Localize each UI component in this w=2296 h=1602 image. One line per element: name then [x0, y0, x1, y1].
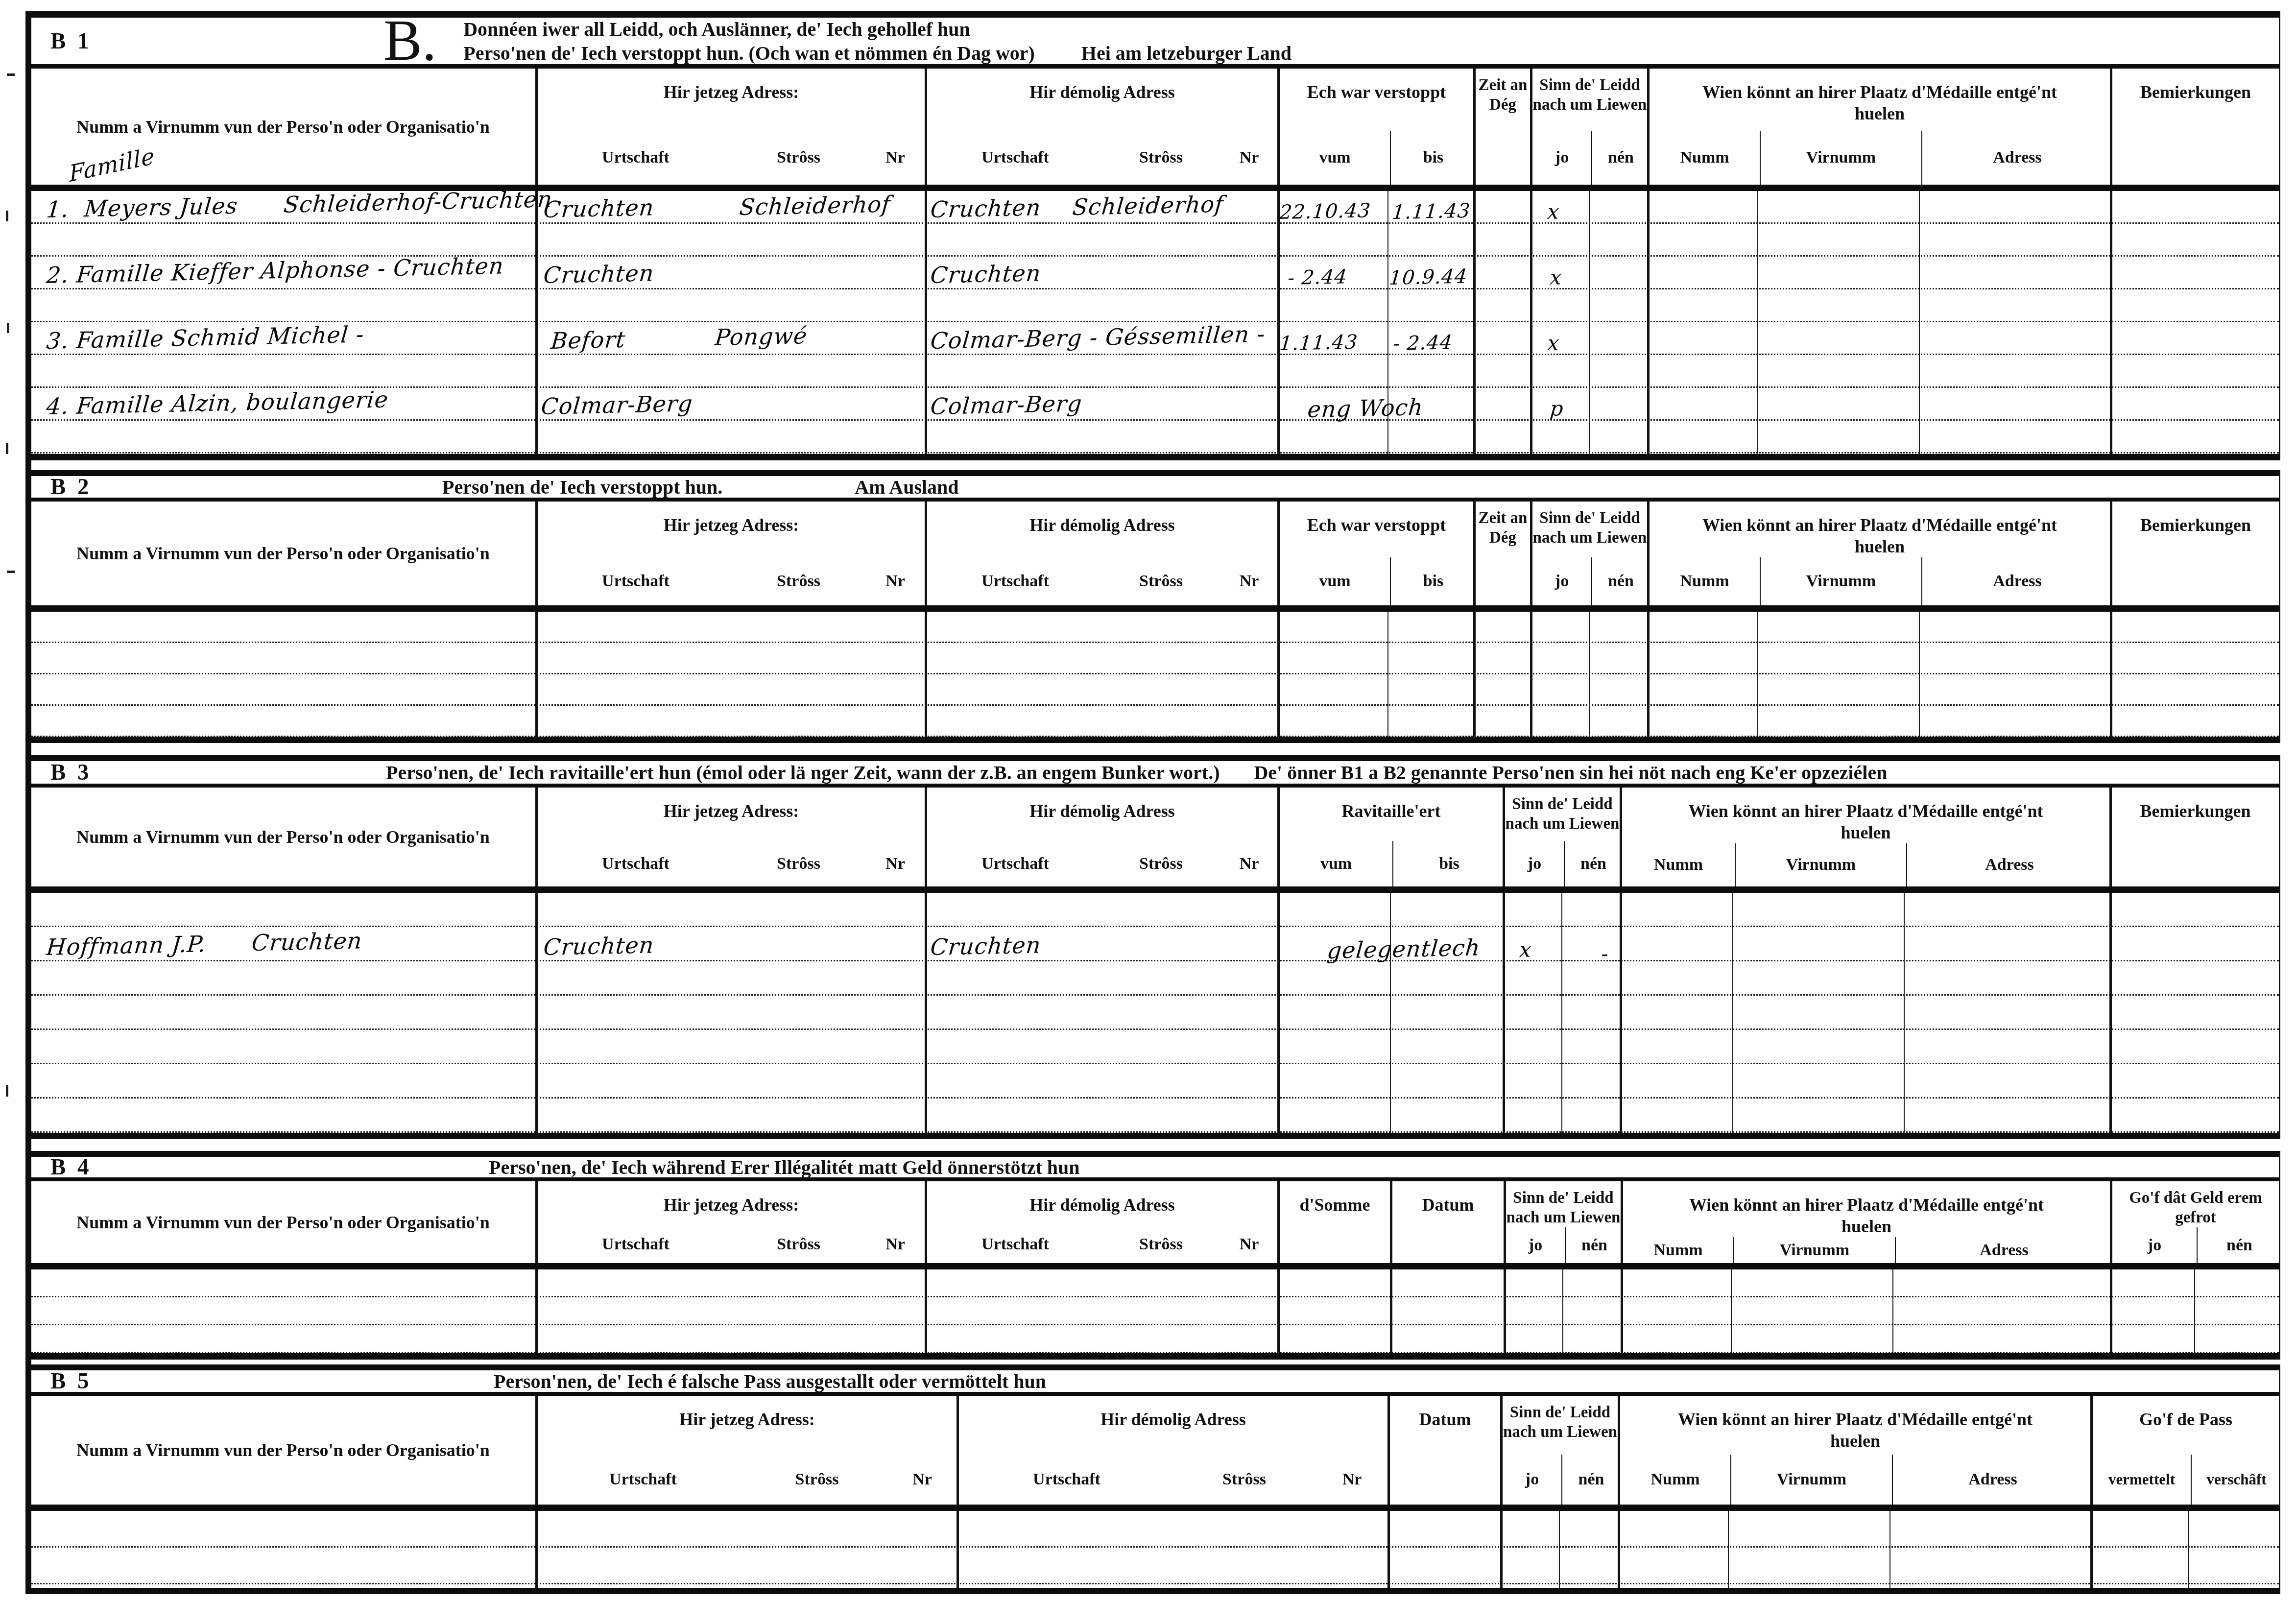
section-b3-rows: Hoffmann J.P. Cruchten Cruchten Cruchten…: [31, 893, 2279, 1139]
entry-jo-mark: x: [1547, 201, 1560, 222]
urtschaft-label: Urtschaft: [538, 1225, 734, 1263]
nen-label: nén: [1565, 1227, 1623, 1263]
scanned-form-page: B 1 B. Donnéen iwer all Leidd, och Auslä…: [0, 0, 2296, 1602]
gof-pass-label: Go'f de Pass: [2093, 1396, 2279, 1430]
section-b5-title: Person'nen, de' Iech é falsche Pass ausg…: [494, 1370, 1046, 1393]
section-b5: B 5 Person'nen, de' Iech é falsche Pass …: [31, 1364, 2280, 1594]
entry-jo-mark: p: [1549, 398, 1564, 419]
adress-label: Adress: [1921, 557, 2112, 605]
vermettelt-label: vermettelt: [2093, 1455, 2191, 1505]
wien-label: Wien könnt an hirer Plaatz d'Médaille en…: [1622, 788, 2109, 843]
col-former-address-header: Hir démolig Adress Urtschaft Strôss Nr: [925, 1181, 1277, 1263]
title-line2-country: Hei am letzeburger Land: [1081, 42, 1291, 64]
numm-label: Numm: [1623, 1237, 1733, 1263]
col-remarks-header: Bemierkungen: [2109, 788, 2279, 886]
scan-mark: [6, 1085, 8, 1097]
urtschaft-label: Urtschaft: [538, 131, 734, 185]
form-letter-b: B.: [383, 15, 436, 67]
current-address-label: Hir jetzeg Adress:: [538, 1396, 957, 1430]
section-b2-title: Perso'nen de' Iech verstoppt hun.: [442, 476, 722, 499]
nr-label: Nr: [1219, 557, 1280, 605]
section-b1: B 1 B. Donnéen iwer all Leidd, och Auslä…: [31, 11, 2280, 460]
section-b4-title: Perso'nen, de' Iech während Erer Illégal…: [489, 1156, 1080, 1179]
section-b3-title2: De' önner B1 a B2 genannte Perso'nen sin…: [1254, 761, 1887, 784]
section-b3: B 3 Perso'nen, de' Iech ravitaille'ert h…: [31, 755, 2280, 1139]
col-medal-header: Wien könnt an hirer Plaatz d'Médaille en…: [1647, 502, 2110, 605]
nr-label: Nr: [863, 841, 927, 886]
col-name-label: Numm a Virnumm vun der Perso'n oder Orga…: [31, 543, 535, 564]
col-current-address-header: Hir jetzeg Adress: Urtschaft Strôss Nr: [535, 1396, 957, 1505]
section-b3-column-headers: Numm a Virnumm vun der Perso'n oder Orga…: [31, 788, 2279, 893]
nen-label: nén: [2197, 1227, 2281, 1263]
entry-former-urtschaft: Colmar-Berg: [930, 392, 1083, 418]
stross-label: Strôss: [1103, 131, 1219, 185]
section-b2-rows: [31, 612, 2279, 743]
col-name-label: Numm a Virnumm vun der Perso'n oder Orga…: [31, 1439, 535, 1461]
stross-label: Strôss: [1174, 1455, 1314, 1505]
col-former-address-header: Hir démolig Adress Urtschaft Strôss Nr: [925, 69, 1277, 185]
section-b5-code: B 5: [31, 1368, 383, 1394]
entry-bis: 10.9.44: [1388, 267, 1468, 288]
gof-geld-label: Go'f dât Geld erem gefrot: [2112, 1181, 2279, 1227]
col-current-address-header: Hir jetzeg Adress: Urtschaft Strôss Nr: [535, 502, 925, 605]
nen-label: nén: [1591, 557, 1650, 605]
urtschaft-label: Urtschaft: [927, 1225, 1103, 1263]
entry-vum: 22.10.43: [1279, 201, 1371, 222]
section-b2: B 2 Perso'nen de' Iech verstoppt hun. Am…: [31, 470, 2280, 743]
numm-label: Numm: [1650, 131, 1760, 185]
stross-label: Strôss: [734, 841, 863, 886]
col-alive-header: Sinn de' Leidd nach um Liewen jo nén: [1530, 69, 1647, 185]
verstoppt-label: Ech war verstoppt: [1280, 69, 1473, 103]
jo-label: jo: [2112, 1227, 2197, 1263]
entry-name: 4. Famille Alzin, boulangerie: [46, 388, 389, 418]
col-name-label: Numm a Virnumm vun der Perso'n oder Orga…: [31, 1212, 535, 1233]
entry-former-urtschaft: Cruchten: [930, 262, 1042, 287]
col-alive-header: Sinn de' Leidd nach um Liewen jo nén: [1530, 502, 1647, 605]
nr-label: Nr: [1219, 131, 1280, 185]
col-alive-header: Sinn de' Leidd nach um Liewen jo nén: [1503, 788, 1620, 886]
adress-label: Adress: [1906, 843, 2112, 886]
entry-former-urtschaft: Colmar-Berg - Géssemillen -: [930, 323, 1266, 352]
col-hidden-period-header: Ech war verstoppt vum bis: [1277, 69, 1473, 185]
section-b5-titlebar: B 5 Person'nen, de' Iech é falsche Pass …: [31, 1364, 2279, 1396]
col-money-returned-header: Go'f dât Geld erem gefrot jo nén: [2110, 1181, 2279, 1263]
section-b2-column-headers: Numm a Virnumm vun der Perso'n oder Orga…: [31, 502, 2279, 612]
urtschaft-label: Urtschaft: [538, 557, 734, 605]
current-address-label: Hir jetzeg Adress:: [538, 502, 925, 536]
col-zeit-header: Zeit an Dég: [1473, 502, 1530, 605]
vum-label: vum: [1280, 557, 1390, 605]
stross-label: Strôss: [734, 557, 863, 605]
section-b2-titlebar: B 2 Perso'nen de' Iech verstoppt hun. Am…: [31, 470, 2279, 502]
entry-current-urtschaft: Befort: [550, 328, 626, 352]
section-b5-column-headers: Numm a Virnumm vun der Perso'n oder Orga…: [31, 1396, 2279, 1511]
col-medal-header: Wien könnt an hirer Plaatz d'Médaille en…: [1620, 788, 2109, 886]
numm-label: Numm: [1620, 1455, 1730, 1505]
jo-label: jo: [1503, 1455, 1561, 1505]
col-medal-header: Wien könnt an hirer Plaatz d'Médaille en…: [1618, 1396, 2090, 1505]
nr-label: Nr: [885, 1455, 959, 1505]
col-pass-header: Go'f de Pass vermettelt verschâft: [2090, 1396, 2279, 1505]
col-ravitaille-header: Ravitaille'ert vum bis: [1277, 788, 1503, 886]
dsomme-label: d'Somme: [1280, 1181, 1390, 1216]
entry-jo-mark: x: [1549, 267, 1563, 288]
nr-label: Nr: [863, 557, 927, 605]
entry-vum: - 2.44: [1287, 267, 1348, 288]
section-b2-subtitle: Am Ausland: [855, 476, 958, 499]
col-name-header: Numm a Virnumm vun der Perso'n oder Orga…: [31, 502, 535, 605]
former-address-label: Hir démolig Adress: [927, 788, 1277, 822]
entry-former-stross: Schleiderhof: [1072, 192, 1224, 218]
section-b1-title-line2: Perso'nen de' Iech verstoppt hun. (Och w…: [463, 41, 1291, 65]
entry-name: 3. Famille Schmid Michel -: [46, 323, 365, 352]
section-b4-code: B 4: [31, 1154, 383, 1180]
virnumm-label: Virnumm: [1760, 557, 1921, 605]
stross-label: Strôss: [734, 1225, 863, 1263]
vum-label: vum: [1280, 841, 1392, 886]
urtschaft-label: Urtschaft: [538, 841, 734, 886]
entry-vum: 1.11.43: [1279, 333, 1359, 354]
bis-label: bis: [1390, 131, 1476, 185]
col-name-header: Numm a Virnumm vun der Perso'n oder Orga…: [31, 1396, 535, 1505]
sinn-label: Sinn de' Leidd nach um Liewen: [1506, 1181, 1621, 1227]
bemierkungen-label: Bemierkungen: [2112, 69, 2279, 103]
nr-label: Nr: [1219, 1225, 1280, 1263]
section-b4-column-headers: Numm a Virnumm vun der Perso'n oder Orga…: [31, 1181, 2279, 1269]
sinn-label: Sinn de' Leidd nach um Liewen: [1532, 69, 1647, 115]
virnumm-label: Virnumm: [1760, 131, 1921, 185]
wien-label: Wien könnt an hirer Plaatz d'Médaille en…: [1650, 69, 2110, 124]
current-address-label: Hir jetzeg Adress:: [538, 69, 925, 103]
wien-label: Wien könnt an hirer Plaatz d'Médaille en…: [1650, 502, 2110, 557]
sinn-label: Sinn de' Leidd nach um Liewen: [1505, 788, 1620, 834]
entry-current-stross: Pongwé: [714, 324, 808, 349]
jo-label: jo: [1505, 841, 1564, 886]
col-remarks-header: Bemierkungen: [2110, 69, 2279, 185]
verschaft-label: verschâft: [2191, 1455, 2281, 1505]
bis-label: bis: [1392, 841, 1505, 886]
col-former-address-header: Hir démolig Adress Urtschaft Strôss Nr: [925, 502, 1277, 605]
col-name-header: Numm a Virnumm vun der Perso'n oder Orga…: [31, 1181, 535, 1263]
urtschaft-label: Urtschaft: [927, 557, 1103, 605]
jo-label: jo: [1532, 557, 1591, 605]
col-somme-header: d'Somme: [1277, 1181, 1390, 1263]
numm-label: Numm: [1650, 557, 1760, 605]
current-address-label: Hir jetzeg Adress:: [538, 788, 925, 822]
section-b1-code: B 1: [31, 28, 383, 54]
entry-current-urtschaft: Cruchten: [543, 262, 655, 287]
section-b3-titlebar: B 3 Perso'nen, de' Iech ravitaille'ert h…: [31, 755, 2279, 788]
stross-label: Strôss: [1103, 1225, 1219, 1263]
nen-label: nén: [1564, 841, 1622, 886]
virnumm-label: Virnumm: [1730, 1455, 1892, 1505]
datum-label: Datum: [1392, 1181, 1504, 1216]
section-b1-title-line1: Donnéen iwer all Leidd, och Auslänner, d…: [463, 17, 1291, 41]
col-alive-header: Sinn de' Leidd nach um Liewen jo nén: [1504, 1181, 1621, 1263]
title-line2-text: Perso'nen de' Iech verstoppt hun. (Och w…: [463, 42, 1035, 64]
former-address-label: Hir démolig Adress: [927, 502, 1277, 536]
section-b4-rows: [31, 1269, 2279, 1360]
vum-label: vum: [1280, 131, 1390, 185]
col-alive-header: Sinn de' Leidd nach um Liewen jo nén: [1500, 1396, 1618, 1505]
entry-name: Hoffmann J.P. Cruchten: [46, 929, 363, 958]
nr-label: Nr: [863, 1225, 927, 1263]
section-b3-title: Perso'nen, de' Iech ravitaille'ert hun (…: [386, 761, 1220, 784]
section-b4: B 4 Perso'nen, de' Iech während Erer Ill…: [31, 1151, 2280, 1360]
col-current-address-header: Hir jetzeg Adress: Urtschaft Strôss Nr: [535, 788, 925, 886]
section-b1-title: Donnéen iwer all Leidd, och Auslänner, d…: [463, 17, 1291, 65]
entry-former-urtschaft: Cruchten: [930, 933, 1042, 958]
urtschaft-label: Urtschaft: [538, 1455, 748, 1505]
jo-label: jo: [1506, 1227, 1565, 1263]
jo-label: jo: [1532, 131, 1591, 185]
col-remarks-header: Bemierkungen: [2110, 502, 2279, 605]
sinn-label: Sinn de' Leidd nach um Liewen: [1503, 1396, 1618, 1442]
stross-label: Strôss: [748, 1455, 885, 1505]
scan-mark: [7, 73, 15, 76]
col-name-label: Numm a Virnumm vun der Perso'n oder Orga…: [31, 116, 535, 138]
entry-duration: eng Woch: [1307, 396, 1424, 421]
stross-label: Strôss: [1103, 841, 1219, 886]
wien-label: Wien könnt an hirer Plaatz d'Médaille en…: [1623, 1181, 2110, 1237]
entry-ravitailleert: gelegentlech: [1326, 936, 1482, 962]
urtschaft-label: Urtschaft: [927, 131, 1103, 185]
numm-label: Numm: [1622, 843, 1735, 886]
former-address-label: Hir démolig Adress: [927, 1181, 1277, 1216]
section-b1-column-headers: Numm a Virnumm vun der Perso'n oder Orga…: [31, 69, 2279, 191]
scan-mark: [7, 571, 15, 573]
ravitailleert-label: Ravitaille'ert: [1280, 788, 1503, 822]
nr-label: Nr: [1314, 1455, 1390, 1505]
scan-mark: [6, 443, 8, 454]
zeit-label: Zeit an Dég: [1476, 69, 1530, 115]
stross-label: Strôss: [1103, 557, 1219, 605]
entry-bis: 1.11.43: [1391, 201, 1471, 222]
section-b4-titlebar: B 4 Perso'nen, de' Iech während Erer Ill…: [31, 1151, 2279, 1181]
urtschaft-label: Urtschaft: [959, 1455, 1174, 1505]
col-medal-header: Wien könnt an hirer Plaatz d'Médaille en…: [1647, 69, 2110, 185]
verstoppt-label: Ech war verstoppt: [1280, 502, 1473, 536]
former-address-label: Hir démolig Adress: [959, 1396, 1387, 1430]
col-former-address-header: Hir démolig Adress Urtschaft Strôss Nr: [957, 1396, 1387, 1505]
nr-label: Nr: [1219, 841, 1280, 886]
col-zeit-header: Zeit an Dég: [1473, 69, 1530, 185]
virnumm-label: Virnumm: [1733, 1237, 1895, 1263]
section-b1-titlebar: B 1 B. Donnéen iwer all Leidd, och Auslä…: [31, 11, 2279, 69]
entry-jo-mark: x: [1519, 939, 1532, 960]
bis-label: bis: [1390, 557, 1476, 605]
section-b3-code: B 3: [31, 759, 383, 786]
adress-label: Adress: [1921, 131, 2112, 185]
urtschaft-label: Urtschaft: [927, 841, 1103, 886]
scan-mark: [6, 211, 8, 221]
entry-former-urtschaft: Cruchten: [930, 196, 1042, 221]
bemierkungen-label: Bemierkungen: [2112, 502, 2279, 536]
nen-label: nén: [1561, 1455, 1620, 1505]
wien-label: Wien könnt an hirer Plaatz d'Médaille en…: [1620, 1396, 2090, 1452]
section-b5-rows: [31, 1511, 2279, 1594]
col-current-address-header: Hir jetzeg Adress: Urtschaft Strôss Nr: [535, 1181, 925, 1263]
datum-label: Datum: [1390, 1396, 1500, 1430]
entry-current-stross: Schleiderhof: [739, 192, 891, 218]
col-datum-header: Datum: [1390, 1181, 1504, 1263]
col-hidden-period-header: Ech war verstoppt vum bis: [1277, 502, 1473, 605]
sinn-label: Sinn de' Leidd nach um Liewen: [1532, 502, 1647, 548]
entry-current-urtschaft: Colmar-Berg: [540, 392, 694, 418]
col-name-header: Numm a Virnumm vun der Perso'n oder Orga…: [31, 788, 535, 886]
scan-mark: [7, 323, 9, 333]
col-former-address-header: Hir démolig Adress Urtschaft Strôss Nr: [925, 788, 1277, 886]
col-medal-header: Wien könnt an hirer Plaatz d'Médaille en…: [1621, 1181, 2110, 1263]
virnumm-label: Virnumm: [1735, 843, 1906, 886]
nr-label: Nr: [863, 131, 927, 185]
entry-jo-mark: x: [1547, 333, 1560, 354]
section-b2-code: B 2: [31, 474, 383, 500]
zeit-label: Zeit an Dég: [1476, 502, 1530, 548]
entry-current-urtschaft: Cruchten: [543, 933, 655, 958]
col-current-address-header: Hir jetzeg Adress: Urtschaft Strôss Nr: [535, 69, 925, 185]
stross-label: Strôss: [734, 131, 863, 185]
former-address-label: Hir démolig Adress: [927, 69, 1277, 103]
col-name-label: Numm a Virnumm vun der Perso'n oder Orga…: [31, 826, 535, 848]
section-b1-rows: Famille 1. Meyers Jules Schleiderhof-Cru…: [31, 191, 2279, 460]
adress-label: Adress: [1892, 1455, 2093, 1505]
nen-label: nén: [1591, 131, 1650, 185]
adress-label: Adress: [1895, 1237, 2112, 1263]
current-address-label: Hir jetzeg Adress:: [538, 1181, 925, 1216]
entry-current-urtschaft: Cruchten: [543, 196, 655, 221]
entry-bis: - 2.44: [1392, 333, 1454, 354]
bemierkungen-label: Bemierkungen: [2112, 788, 2279, 822]
col-datum-header: Datum: [1387, 1396, 1500, 1505]
